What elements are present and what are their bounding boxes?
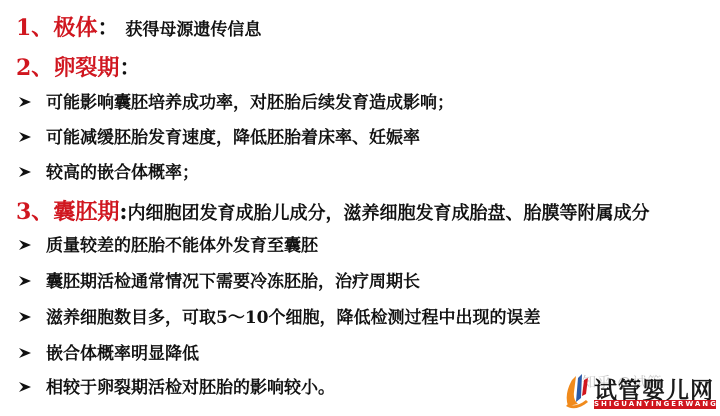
list-item: 可能减缓胚胎发育速度，降低胚胎着床率、妊娠率: [18, 125, 420, 151]
site-logo: 试管婴儿网 SHIGUANYINGERWANG: [560, 366, 720, 416]
section-title: 极体: [53, 15, 97, 41]
list-item: 相较于卵裂期活检对胚胎的影响较小。: [18, 375, 335, 401]
arrow-bullet-icon: [18, 95, 32, 109]
section-number: 1、: [16, 15, 53, 41]
arrow-bullet-icon: [18, 380, 32, 394]
list-item: 囊胚期活检通常情况下需要冷冻胚胎，治疗周期长: [18, 269, 420, 295]
section-number: 2、: [16, 55, 53, 81]
section-title: 囊胚期: [53, 199, 119, 225]
section-1-heading: 1、极体：获得母源遗传信息: [16, 13, 261, 45]
arrow-bullet-icon: [18, 346, 32, 360]
logo-subtext: SHIGUANYINGERWANG: [594, 400, 716, 409]
arrow-bullet-icon: [18, 238, 32, 252]
list-item: 质量较差的胚胎不能体外发育至囊胚: [18, 233, 318, 259]
arrow-bullet-icon: [18, 274, 32, 288]
list-item: 较高的嵌合体概率；: [18, 160, 199, 186]
section-number: 3、: [16, 199, 53, 225]
section-description: 内细胞团发育成胎儿成分，滋养细胞发育成胎盘、胎膜等附属成分: [127, 203, 649, 224]
arrow-bullet-icon: [18, 310, 32, 324]
list-item: 嵌合体概率明显降低: [18, 341, 199, 367]
section-description: 获得母源遗传信息: [125, 20, 261, 40]
list-item: 可能影响囊胚培养成功率，对胚胎后续发育造成影响；: [18, 90, 454, 116]
arrow-bullet-icon: [18, 130, 32, 144]
section-3-heading: 3、囊胚期:内细胞团发育成胎儿成分，滋养细胞发育成胎盘、胎膜等附属成分: [16, 197, 649, 229]
logo-mark-icon: [564, 372, 590, 410]
arrow-bullet-icon: [18, 165, 32, 179]
section-title: 卵裂期: [53, 55, 119, 81]
list-item: 滋养细胞数目多，可取5～10个细胞，降低检测过程中出现的误差: [18, 305, 541, 331]
section-2-heading: 2、卵裂期：: [16, 53, 141, 83]
